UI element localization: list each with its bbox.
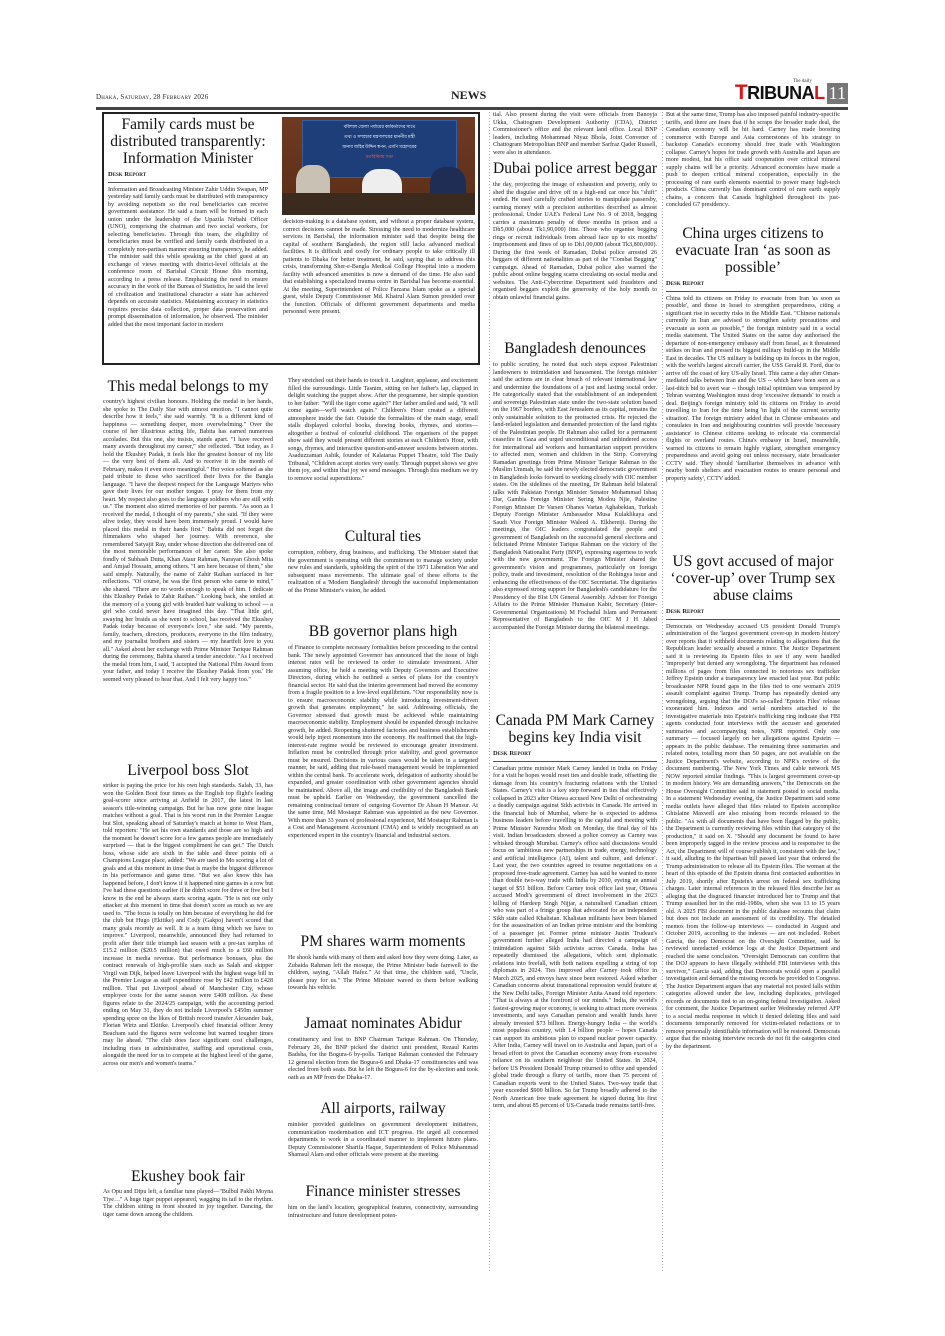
byline: Desk Report [108, 171, 268, 183]
article-trump-tariffs: But at the same time, Trump has also imp… [666, 112, 840, 210]
article-liverpool: Liverpool boss Slot striker is paying th… [103, 762, 273, 1072]
column-divider [662, 112, 663, 1272]
headline: BB governor plans high [288, 623, 478, 640]
article-china-iran: China urges citizens to evacuate Iran ‘a… [666, 225, 840, 483]
article-bb-governor: BB governor plans high of Finance to com… [288, 623, 478, 840]
article-cultural-ties: Cultural ties corruption, robbery, drug … [288, 528, 478, 595]
headline: Dubai police arrest beggar [493, 160, 657, 177]
headline: Jamaat nominates Abidur [288, 1015, 478, 1032]
article-body: constituency and lost to BNP Chairman Ta… [288, 1037, 478, 1082]
article-body: Information and Broadcasting Minister Za… [108, 187, 268, 330]
article-body: China told its citizens on Friday to eva… [666, 296, 840, 484]
article-body: decision-making is a database system, an… [283, 219, 475, 317]
headline: Liverpool boss Slot [103, 762, 273, 779]
column-divider [489, 112, 490, 1272]
article-body: He shook hands with many of them and ask… [288, 955, 478, 993]
article-body: corruption, robbery, drug business, and … [288, 550, 478, 595]
logo-wordmark: TRIBUNAL [735, 81, 825, 105]
headline: This medal belongs to my [103, 378, 273, 395]
article-body: him on the land's location, geographical… [288, 1205, 478, 1220]
masthead: Dhaka, Saturday, 28 February 2026 NEWS T… [96, 84, 848, 106]
headline: Family cards must be distributed transpa… [108, 116, 268, 167]
article-family-cards: Family cards must be distributed transpa… [108, 116, 268, 329]
headline: Ekushey book fair [103, 1168, 273, 1185]
article-body: the day, projecting the image of exhaust… [493, 182, 657, 302]
byline: Desk Report [666, 608, 840, 620]
headline: Canada PM Mark Carney begins key India v… [493, 712, 657, 746]
article-children-hour: They stretched out their hands to touch … [288, 378, 478, 483]
byline: Desk Report [666, 280, 840, 292]
headline: China urges citizens to evacuate Iran ‘a… [666, 225, 840, 276]
table [282, 193, 475, 215]
article-jamaat: Jamaat nominates Abidur constituency and… [288, 1015, 478, 1082]
article-body: to public scrutiny, he noted that such s… [493, 362, 657, 632]
headline: Bangladesh denounces [493, 340, 657, 357]
article-body: Canadian prime minister Mark Carney land… [493, 766, 657, 1111]
article-body: tial. Also present during the visit were… [493, 112, 657, 157]
article-body: minister provided guidelines on governme… [288, 1122, 478, 1160]
article-us-coverup: US govt accused of major ‘cover-up’ over… [666, 553, 840, 1051]
masthead-rule [96, 107, 848, 110]
article-pm-shares: PM shares warm moments He shook hands wi… [288, 933, 478, 993]
article-body: As Opu and Dipu left, a familiar tune pl… [103, 1189, 273, 1219]
newspaper-logo: The daily TRIBUNAL 11 [735, 82, 848, 104]
article-medal: This medal belongs to my country's highe… [103, 378, 273, 758]
page-number: 11 [827, 83, 848, 104]
article-family-cards-cont: decision-making is a database system, an… [283, 219, 475, 317]
article-bangladesh-denounces: Bangladesh denounces to public scrutiny,… [493, 340, 657, 704]
article-body: But at the same time, Trump has also imp… [666, 112, 840, 210]
article-body: of Finance to complete necessary formali… [288, 645, 478, 840]
issue-date: Dhaka, Saturday, 28 February 2026 [96, 93, 208, 101]
headline: US govt accused of major ‘cover-up’ over… [666, 553, 840, 604]
section-title: NEWS [451, 88, 486, 103]
article-dubai-top: tial. Also present during the visit were… [493, 112, 657, 157]
headline: Cultural ties [288, 528, 478, 545]
headline: Finance minister stresses [288, 1183, 478, 1200]
article-finance-minister: Finance minister stresses him on the lan… [288, 1183, 478, 1220]
article-body: country's highest civilian honours. Hold… [103, 399, 273, 684]
article-airports: All airports, railway minister provided … [288, 1100, 478, 1160]
article-body: striker is paying the price for his own … [103, 783, 273, 1068]
news-photo: বরিশাল জেলা পর্যায়ের কর্মকর্তাদের সাথে … [282, 117, 475, 215]
article-body: They stretched out their hands to touch … [288, 378, 478, 483]
headline: All airports, railway [288, 1100, 478, 1117]
byline: Desk Report [493, 750, 657, 762]
article-canada-pm: Canada PM Mark Carney begins key India v… [493, 712, 657, 1111]
article-body: Democrats on Wednesday accused US presid… [666, 624, 840, 1052]
article-ekushey: Ekushey book fair As Opu and Dipu left, … [103, 1168, 273, 1219]
article-dubai: Dubai police arrest beggar the day, proj… [493, 160, 657, 302]
headline: PM shares warm moments [288, 933, 478, 950]
